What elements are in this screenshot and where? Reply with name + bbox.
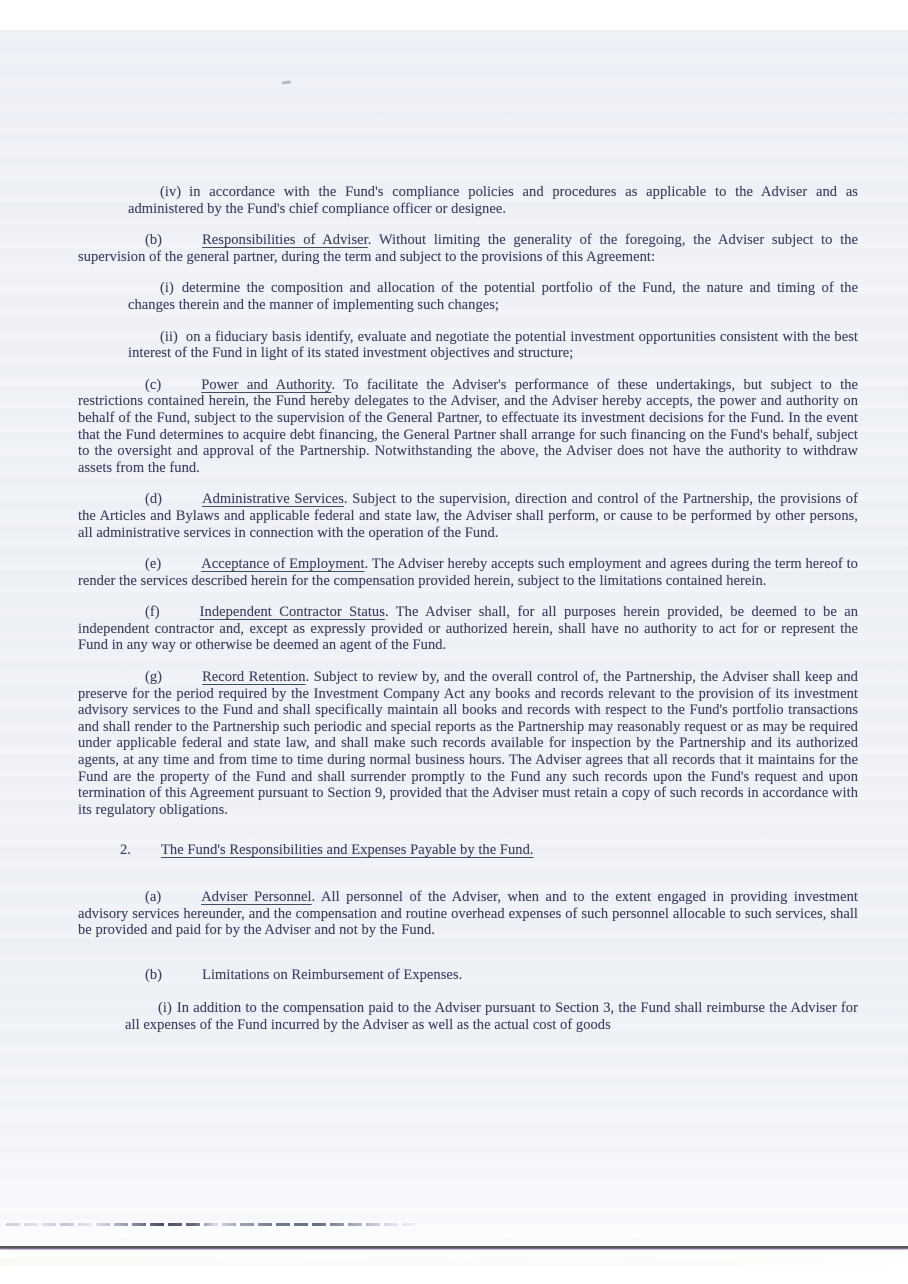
paragraph: (i)determine the composition and allocat…	[128, 280, 858, 313]
heading-separator: .	[344, 491, 352, 507]
paragraph-label: (g)	[145, 669, 162, 685]
scan-color-streak-artifact	[0, 1257, 908, 1266]
clause-heading: Adviser Personnel	[201, 889, 311, 905]
heading-separator: .	[331, 377, 343, 393]
clause-text: on a fiduciary basis identify, evaluate …	[128, 329, 858, 362]
scan-smudge-line-artifact	[6, 1223, 416, 1226]
paragraph-label: (i)	[158, 1000, 172, 1016]
clause-heading: Administrative Services	[202, 491, 344, 507]
heading-separator: .	[306, 669, 314, 685]
paragraph-label: (d)	[145, 491, 162, 507]
paragraph: (b)Responsibilities of Adviser. Without …	[78, 232, 858, 265]
clause-text: Subject to review by, and the overall co…	[78, 669, 858, 818]
paragraph: (d)Administrative Services. Subject to t…	[78, 491, 858, 541]
paragraph-label: (iv)	[160, 184, 181, 200]
clause-heading: The Fund's Responsibilities and Expenses…	[161, 842, 534, 858]
clause-text: All personnel of the Adviser, when and t…	[78, 889, 858, 938]
clause-heading: Acceptance of Employment	[201, 556, 364, 572]
clause-heading: Responsibilities of Adviser	[202, 232, 368, 248]
paragraph: (c)Power and Authority. To facilitate th…	[78, 377, 858, 477]
paragraph-label: (f)	[145, 604, 160, 620]
paragraph: 2.The Fund's Responsibilities and Expens…	[78, 842, 858, 859]
clause-text: Subject to the supervision, direction an…	[78, 491, 858, 540]
heading-separator: .	[385, 604, 396, 620]
clause-text: The Adviser shall, for all purposes here…	[78, 604, 858, 653]
paragraph: (e)Acceptance of Employment. The Adviser…	[78, 556, 858, 589]
paragraph-label: (b)	[145, 967, 162, 983]
paragraph-label: (b)	[145, 232, 162, 248]
paragraph-label: (e)	[145, 556, 161, 572]
clause-text: Limitations on Reimbursement of Expenses…	[202, 967, 462, 983]
paragraph-label: 2.	[120, 842, 131, 858]
paragraph-label: (a)	[145, 889, 161, 905]
heading-separator: .	[365, 556, 372, 572]
clause-heading: Power and Authority	[201, 377, 331, 393]
scanned-document-page: (iv)in accordance with the Fund's compli…	[0, 0, 908, 1284]
paragraph-label: (i)	[160, 280, 174, 296]
paragraph: (g)Record Retention. Subject to review b…	[78, 669, 858, 818]
document-body: (iv)in accordance with the Fund's compli…	[78, 184, 858, 1049]
clause-text: in accordance with the Fund's compliance…	[128, 184, 858, 217]
heading-separator: .	[312, 889, 321, 905]
paragraph: (a)Adviser Personnel. All personnel of t…	[78, 889, 858, 939]
paragraph-label: (c)	[145, 377, 161, 393]
paragraph: (iv)in accordance with the Fund's compli…	[128, 184, 858, 217]
paragraph: (ii)on a fiduciary basis identify, evalu…	[128, 329, 858, 362]
clause-text: Without limiting the generality of the f…	[78, 232, 858, 265]
heading-separator: .	[368, 232, 379, 248]
clause-text: In addition to the compensation paid to …	[125, 1000, 858, 1033]
clause-heading: Independent Contractor Status	[200, 604, 385, 620]
clause-text: determine the composition and allocation…	[128, 280, 858, 313]
scan-edge-line-artifact	[0, 1246, 908, 1249]
paragraph-label: (ii)	[160, 329, 178, 345]
clause-text: The Adviser hereby accepts such employme…	[78, 556, 858, 589]
clause-heading: Record Retention	[202, 669, 306, 685]
paragraph: (b)Limitations on Reimbursement of Expen…	[78, 967, 858, 984]
paragraph: (i)In addition to the compensation paid …	[125, 1000, 858, 1033]
clause-text: To facilitate the Adviser's performance …	[78, 377, 858, 476]
paragraph: (f)Independent Contractor Status. The Ad…	[78, 604, 858, 654]
